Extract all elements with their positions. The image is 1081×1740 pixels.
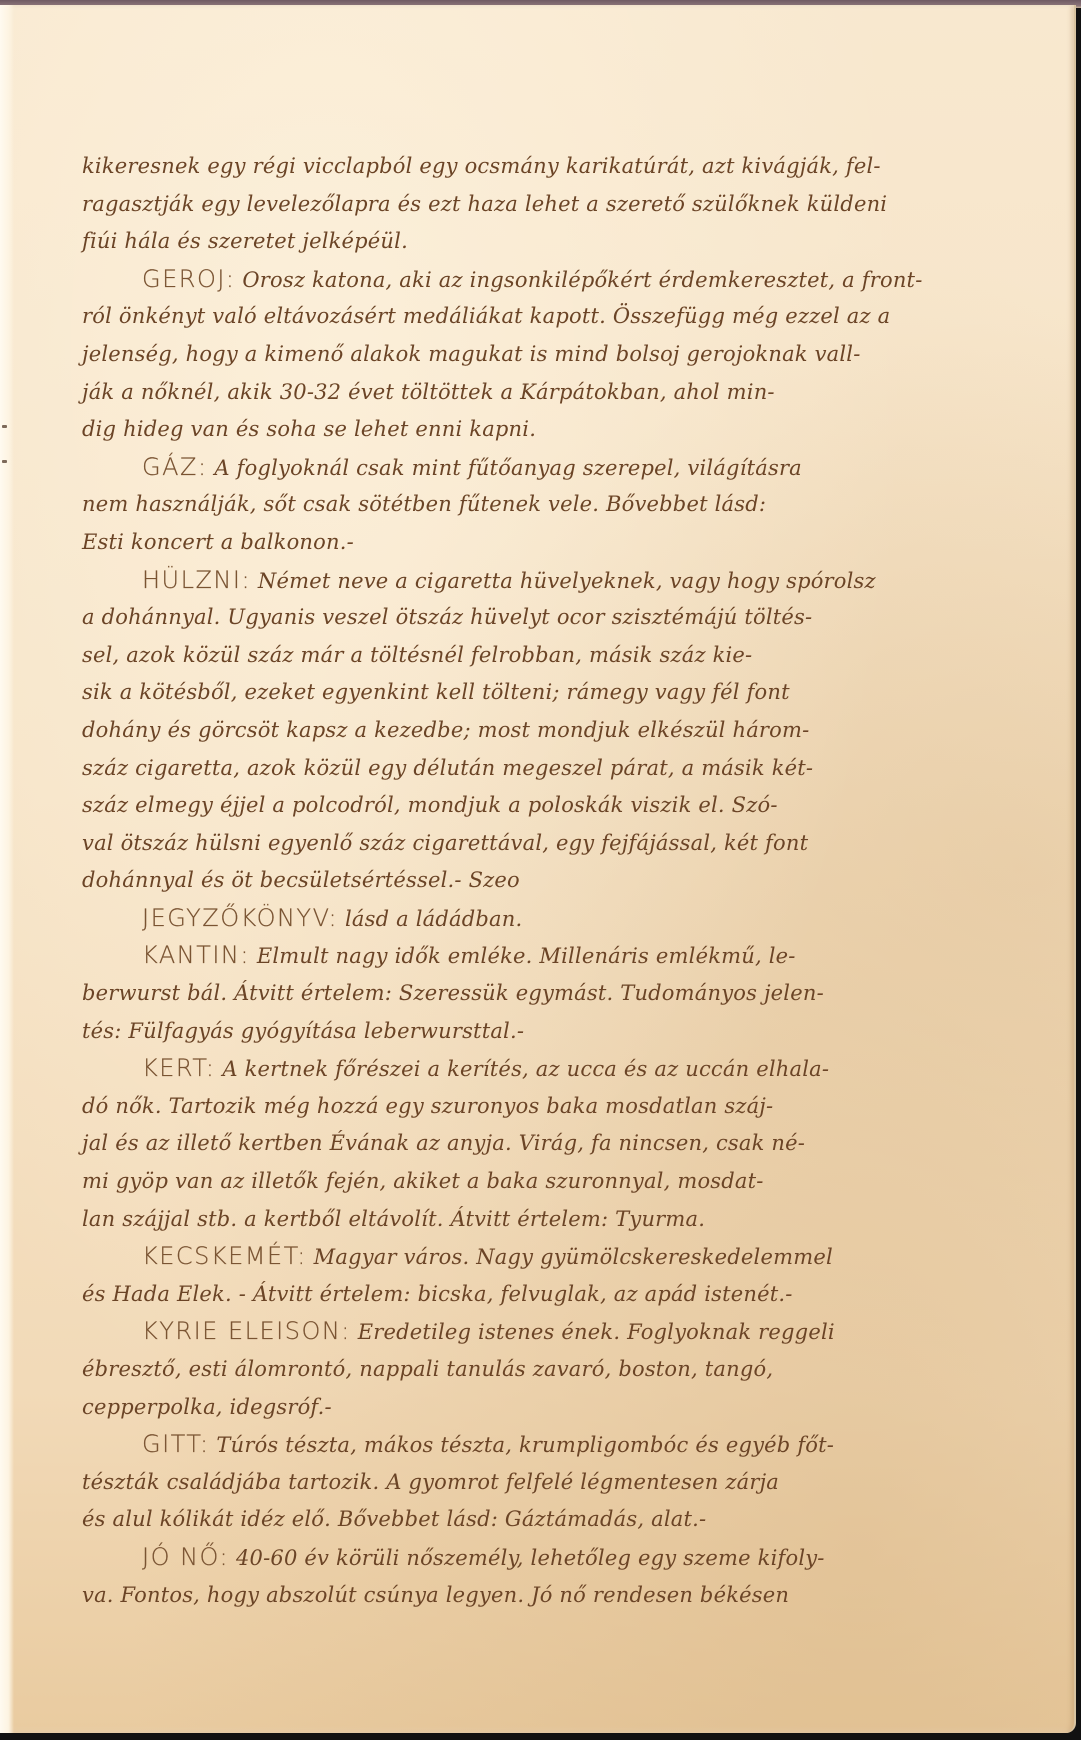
- text-line: jal és az illető kertben Évának az anyja…: [82, 1125, 1022, 1163]
- text-line: lan szájjal stb. a kertből eltávolít. Át…: [82, 1201, 1022, 1239]
- text-line: és alul kólikát idéz elő. Bővebbet lásd:…: [82, 1501, 1022, 1539]
- entry-keyword: KANTIN:: [142, 941, 250, 969]
- entry-keyword: KECSKEMÉT:: [142, 1242, 307, 1270]
- entry-gitt: GITT: Túrós tészta, mákos tészta, krumpl…: [82, 1426, 1022, 1539]
- entry-text: 40-60 év körüli nőszemély, lehetőleg egy…: [229, 1546, 824, 1570]
- entry-keyword: KYRIE ELEISON:: [142, 1317, 351, 1345]
- text-line: KANTIN: Elmult nagy idők emléke. Millená…: [82, 937, 1022, 975]
- text-line: száz elmegy éjjel a polcodról, mondjuk a…: [82, 787, 1022, 825]
- text-line: sel, azok közül száz már a töltésnél fel…: [82, 637, 1022, 675]
- text-line: KERT: A kertnek főrészei a kerítés, az u…: [82, 1050, 1022, 1088]
- text-line: KECSKEMÉT: Magyar város. Nagy gyümölcske…: [82, 1238, 1022, 1276]
- text-line: GEROJ: Orosz katona, aki az ingsonkilépő…: [82, 261, 1022, 299]
- entry-text: lásd a ládádban.: [338, 907, 522, 931]
- entry-keyword: HÜLZNI:: [142, 566, 251, 594]
- entry-kantin: KANTIN: Elmult nagy idők emléke. Millená…: [82, 937, 1022, 1050]
- entry-jo-no: JÓ NŐ: 40-60 év körüli nőszemély, lehető…: [82, 1539, 1022, 1614]
- text-line: ról önkényt való eltávozásért medáliákat…: [82, 298, 1022, 336]
- text-line: GÁZ: A foglyoknál csak mint fűtőanyag sz…: [82, 449, 1022, 487]
- text-line: mi gyöp van az illetők fején, akiket a b…: [82, 1163, 1022, 1201]
- entry-text: Túrós tészta, mákos tészta, krumpligombó…: [210, 1433, 835, 1457]
- entry-kert: KERT: A kertnek főrészei a kerítés, az u…: [82, 1050, 1022, 1238]
- text-line: a dohánnyal. Ugyanis veszel ötszáz hüvel…: [82, 599, 1022, 637]
- text-line: JEGYZŐKÖNYV: lásd a ládádban.: [82, 900, 1022, 938]
- entry-geroj: GEROJ: Orosz katona, aki az ingsonkilépő…: [82, 261, 1022, 449]
- text-line: berwurst bál. Átvitt értelem: Szeressük …: [82, 975, 1022, 1013]
- entry-text: Magyar város. Nagy gyümölcskereskedelemm…: [307, 1245, 833, 1269]
- text-line: GITT: Túrós tészta, mákos tészta, krumpl…: [82, 1426, 1022, 1464]
- text-line: dohánnyal és öt becsületsértéssel.- Szeo: [82, 862, 1022, 900]
- text-line: tészták családjába tartozik. A gyomrot f…: [82, 1464, 1022, 1502]
- text-line: ják a nőknél, akik 30-32 évet töltöttek …: [82, 374, 1022, 412]
- text-line: KYRIE ELEISON: Eredetileg istenes ének. …: [82, 1313, 1022, 1351]
- text-line: dig hideg van és soha se lehet enni kapn…: [82, 411, 1022, 449]
- text-line: ragasztják egy levelezőlapra és ezt haza…: [82, 186, 1022, 224]
- text-line: és Hada Elek. - Átvitt értelem: bicska, …: [82, 1276, 1022, 1314]
- text-line: HÜLZNI: Német neve a cigaretta hüvelyekn…: [82, 562, 1022, 600]
- entry-gaz: GÁZ: A foglyoknál csak mint fűtőanyag sz…: [82, 449, 1022, 562]
- entry-text: A kertnek főrészei a kerítés, az ucca és…: [215, 1057, 829, 1081]
- entry-keyword: KERT:: [142, 1054, 215, 1082]
- text-line: száz cigaretta, azok közül egy délután m…: [82, 750, 1022, 788]
- text-line: kikeresnek egy régi vicclapból egy ocsmá…: [82, 148, 1022, 186]
- text-line: cepperpolka, idegsróf.-: [82, 1389, 1022, 1427]
- text-line: val ötszáz hülsni egyenlő száz cigarettá…: [82, 825, 1022, 863]
- text-line: jelenség, hogy a kimenő alakok magukat i…: [82, 336, 1022, 374]
- text-line: ébresztő, esti álomrontó, nappali tanulá…: [82, 1351, 1022, 1389]
- text-line: dó nők. Tartozik még hozzá egy szuronyos…: [82, 1088, 1022, 1126]
- entry-keyword: GEROJ:: [142, 265, 236, 293]
- entry-keyword: GÁZ:: [142, 453, 208, 481]
- text-line: dohány és görcsöt kapsz a kezedbe; most …: [82, 712, 1022, 750]
- page-binding-edge: [0, 5, 14, 1733]
- text-line: fiúi hála és szeretet jelképéül.: [82, 223, 1022, 261]
- entry-keyword: JÓ NŐ:: [142, 1543, 229, 1571]
- entry-text: Elmult nagy idők emléke. Millenáris emlé…: [250, 944, 796, 968]
- entry-kyrie-eleison: KYRIE ELEISON: Eredetileg istenes ének. …: [82, 1313, 1022, 1426]
- binding-stitch-mark: [2, 425, 7, 428]
- text-line: sik a kötésből, ezeket egyenkint kell tö…: [82, 674, 1022, 712]
- entry-text: A foglyoknál csak mint fűtőanyag szerepe…: [208, 456, 802, 480]
- binding-stitch-mark: [2, 460, 7, 463]
- entry-text: Eredetileg istenes ének. Foglyoknak regg…: [351, 1320, 835, 1344]
- entry-jegyzokonyv: JEGYZŐKÖNYV: lásd a ládádban.: [82, 900, 1022, 938]
- text-line: JÓ NŐ: 40-60 év körüli nőszemély, lehető…: [82, 1539, 1022, 1577]
- text-line: va. Fontos, hogy abszolút csúnya legyen.…: [82, 1577, 1022, 1615]
- entry-text: Orosz katona, aki az ingsonkilépőkért ér…: [236, 268, 923, 292]
- entry-text: Német neve a cigaretta hüvelyeknek, vagy…: [251, 569, 876, 593]
- entry-kecskemet: KECSKEMÉT: Magyar város. Nagy gyümölcske…: [82, 1238, 1022, 1313]
- text-line: Esti koncert a balkonon.-: [82, 524, 1022, 562]
- entry-continuation: kikeresnek egy régi vicclapból egy ocsmá…: [82, 148, 1022, 261]
- handwritten-text: kikeresnek egy régi vicclapból egy ocsmá…: [82, 148, 1022, 1614]
- entry-keyword: JEGYZŐKÖNYV:: [142, 904, 338, 932]
- text-line: tés: Fülfagyás gyógyítása leberwursttal.…: [82, 1013, 1022, 1051]
- text-line: nem használják, sőt csak sötétben fűtene…: [82, 486, 1022, 524]
- entry-hulzni: HÜLZNI: Német neve a cigaretta hüvelyekn…: [82, 562, 1022, 900]
- entry-keyword: GITT:: [142, 1430, 210, 1458]
